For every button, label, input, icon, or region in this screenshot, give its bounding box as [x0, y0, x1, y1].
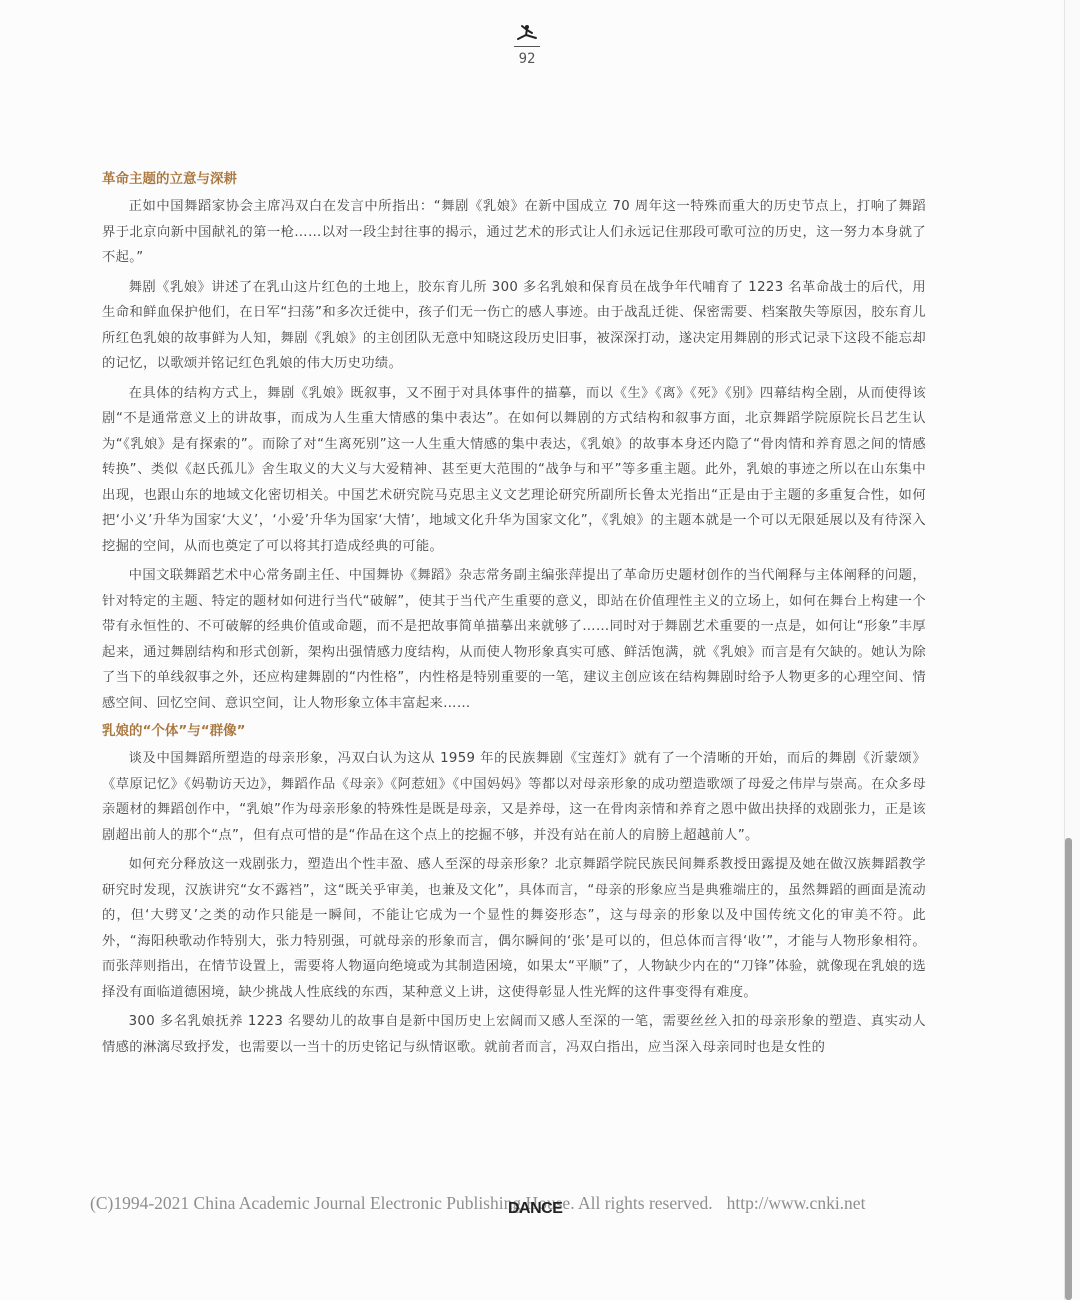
footer-url[interactable]: http://www.cnki.net [727, 1193, 866, 1213]
copyright-text: (C)1994-2021 China Academic Journal Elec… [90, 1193, 713, 1213]
paragraph: 300 多名乳娘抚养 1223 名婴幼儿的故事自是新中国历史上宏阔而又感人至深的… [102, 1009, 926, 1060]
paragraph: 如何充分释放这一戏剧张力，塑造出个性丰盈、感人至深的母亲形象？北京舞蹈学院民族民… [102, 852, 926, 1005]
paragraph: 正如中国舞蹈家协会主席冯双白在发言中所指出：“舞剧《乳娘》在新中国成立 70 周… [102, 194, 926, 271]
page-number: 92 [500, 51, 554, 67]
section-title: 革命主题的立意与深耕 [102, 168, 926, 190]
page-header: 92 [500, 24, 554, 67]
document-page: 92 革命主题的立意与深耕 正如中国舞蹈家协会主席冯双白在发言中所指出：“舞剧《… [0, 0, 1062, 1300]
scrollbar-thumb[interactable] [1065, 838, 1072, 1300]
header-rule [514, 46, 540, 47]
journal-brand: DANCE [508, 1200, 562, 1218]
paragraph: 中国文联舞蹈艺术中心常务副主任、中国舞协《舞蹈》杂志常务副主编张萍提出了革命历史… [102, 563, 926, 716]
paragraph: 谈及中国舞蹈所塑造的母亲形象，冯双白认为这从 1959 年的民族舞剧《宝莲灯》就… [102, 746, 926, 848]
paragraph: 舞剧《乳娘》讲述了在乳山这片红色的土地上，胶东育儿所 300 多名乳娘和保育员在… [102, 275, 926, 377]
section-title: 乳娘的“个体”与“群像” [102, 720, 926, 742]
paragraph: 在具体的结构方式上，舞剧《乳娘》既叙事，又不囿于对具体事件的描摹，而以《生》《离… [102, 381, 926, 560]
dancer-icon [514, 24, 540, 44]
article-body: 革命主题的立意与深耕 正如中国舞蹈家协会主席冯双白在发言中所指出：“舞剧《乳娘》… [102, 168, 926, 1064]
